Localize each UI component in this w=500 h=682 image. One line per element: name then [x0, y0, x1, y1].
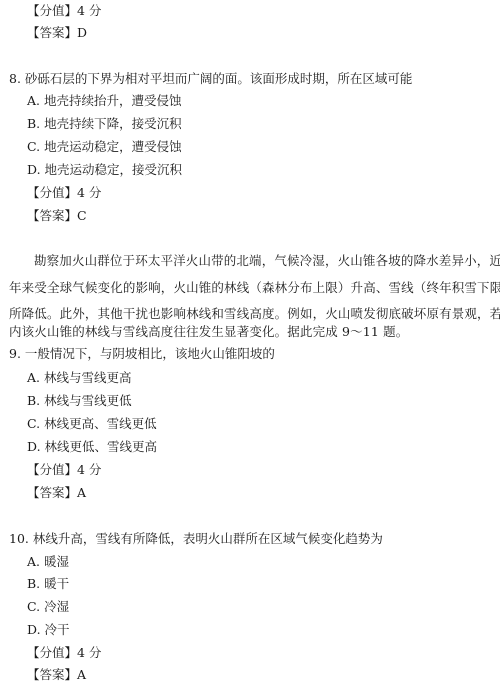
option-d: D. 冷干 — [27, 622, 70, 638]
passage-line: 勘察加火山群位于环太平洋火山带的北端，气候冷湿，火山锥各坡的降水差异小，近几十 — [34, 253, 500, 269]
score-label: 【分值】4 分 — [27, 185, 101, 201]
option-a: A. 暖湿 — [27, 554, 69, 570]
answer-label: 【答案】A — [27, 485, 86, 501]
passage-line: 年来受全球气候变化的影响，火山锥的林线（森林分布上限）升高、雪线（终年积雪下限）… — [9, 280, 491, 296]
option-a: A. 林线与雪线更高 — [27, 370, 131, 386]
option-c: C. 林线更高、雪线更低 — [27, 416, 157, 432]
passage-line: 内该火山锥的林线与雪线高度往往发生显著变化。据此完成 9～11 题。 — [9, 324, 491, 340]
option-d: D. 地壳运动稳定，接受沉积 — [27, 162, 182, 178]
option-b: B. 林线与雪线更低 — [27, 393, 132, 409]
answer-label: 【答案】A — [27, 667, 86, 682]
answer-label: 【答案】C — [27, 208, 87, 224]
option-a: A. 地壳持续抬升，遭受侵蚀 — [27, 93, 181, 109]
option-c: C. 地壳运动稳定，遭受侵蚀 — [27, 139, 182, 155]
option-b: B. 暖干 — [27, 576, 69, 592]
question-stem: 9. 一般情况下，与阴坡相比，该地火山锥阳坡的 — [9, 346, 275, 362]
option-d: D. 林线更低、雪线更高 — [27, 439, 157, 455]
option-b: B. 地壳持续下降，接受沉积 — [27, 116, 182, 132]
option-c: C. 冷湿 — [27, 599, 69, 615]
answer-label: 【答案】D — [27, 25, 87, 41]
score-label: 【分值】4 分 — [27, 645, 101, 661]
score-label: 【分值】4 分 — [27, 3, 101, 19]
passage-line: 所降低。此外，其他干扰也影响林线和雪线高度。例如，火山喷发彻底破坏原有景观，若干… — [9, 306, 491, 322]
question-stem: 10. 林线升高，雪线有所降低，表明火山群所在区域气候变化趋势为 — [9, 531, 383, 547]
score-label: 【分值】4 分 — [27, 462, 101, 478]
question-stem: 8. 砂砾石层的下界为相对平坦而广阔的面。该面形成时期，所在区域可能 — [9, 71, 412, 87]
